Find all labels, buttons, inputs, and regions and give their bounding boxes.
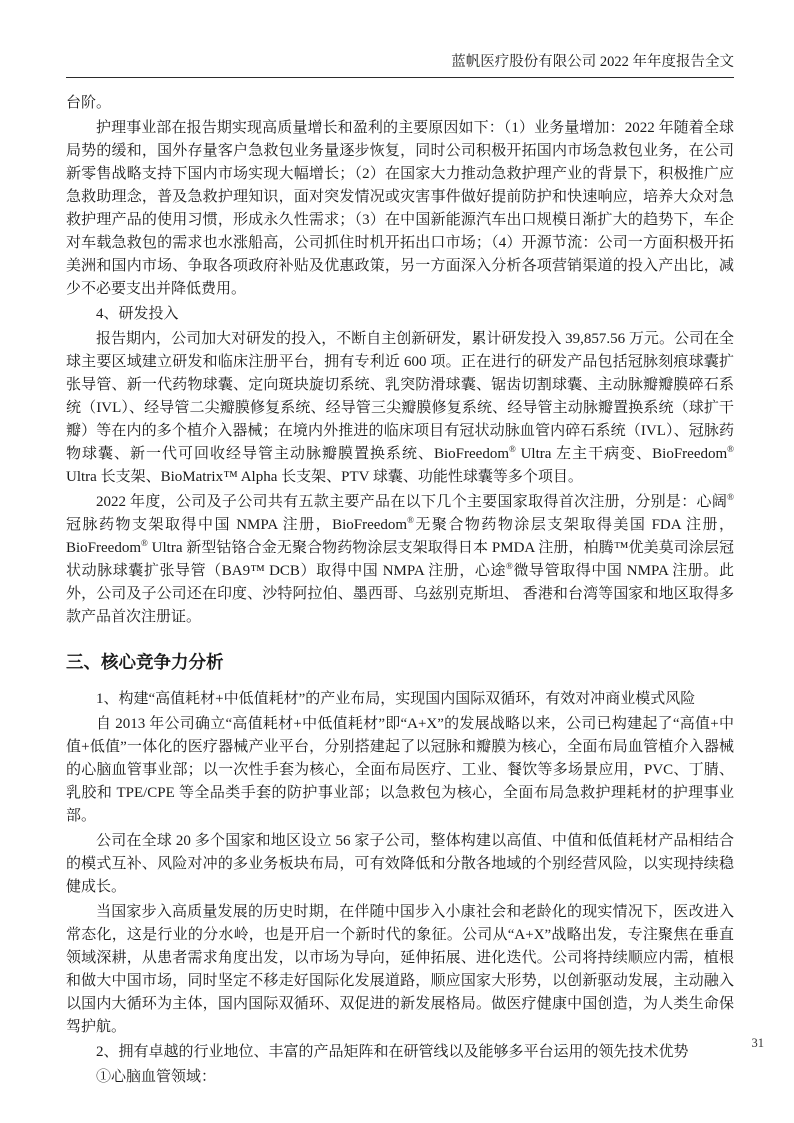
paragraph: 4、研发投入	[66, 303, 734, 326]
paragraph: 公司在全球 20 多个国家和地区设立 56 家子公司，整体构建以高值、中值和低值…	[66, 830, 734, 899]
registered-trademark-symbol: ®	[141, 538, 148, 548]
document-body: 台阶。护理事业部在报告期实现高质量增长和盈利的主要原因如下：（1）业务量增加：2…	[66, 92, 734, 1089]
paragraph: 护理事业部在报告期实现高质量增长和盈利的主要原因如下：（1）业务量增加：2022…	[66, 117, 734, 301]
registered-trademark-symbol: ®	[506, 561, 513, 571]
paragraph: 自 2013 年公司确立“高值耗材+中低值耗材”即“A+X”的发展战略以来，公司…	[66, 713, 734, 828]
registered-trademark-symbol: ®	[727, 492, 734, 502]
report-page: 蓝帆医疗股份有限公司 2022 年年度报告全文 台阶。护理事业部在报告期实现高质…	[0, 0, 794, 1123]
page-header: 蓝帆医疗股份有限公司 2022 年年度报告全文	[66, 54, 734, 78]
paragraph: 2022 年度，公司及子公司共有五款主要产品在以下几个主要国家取得首次注册，分别…	[66, 491, 734, 629]
paragraph: 台阶。	[66, 92, 734, 115]
paragraph: 报告期内，公司加大对研发的投入，不断自主创新研发，累计研发投入 39,857.5…	[66, 328, 734, 489]
paragraph: ①心脑血管领域：	[66, 1066, 734, 1089]
registered-trademark-symbol: ®	[727, 444, 734, 454]
registered-trademark-symbol: ®	[509, 444, 516, 454]
registered-trademark-symbol: ®	[407, 515, 414, 525]
section-heading: 三、核心竞争力分析	[66, 649, 734, 675]
page-number: 31	[752, 1036, 765, 1051]
report-title: 蓝帆医疗股份有限公司 2022 年年度报告全文	[451, 54, 734, 70]
paragraph: 当国家步入高质量发展的历史时期，在伴随中国步入小康社会和老龄化的现实情况下，医改…	[66, 901, 734, 1039]
paragraph: 1、构建“高值耗材+中低值耗材”的产业布局，实现国内国际双循环，有效对冲商业模式…	[66, 688, 734, 711]
paragraph: 2、拥有卓越的行业地位、丰富的产品矩阵和在研管线以及能够多平台运用的领先技术优势	[66, 1041, 734, 1064]
